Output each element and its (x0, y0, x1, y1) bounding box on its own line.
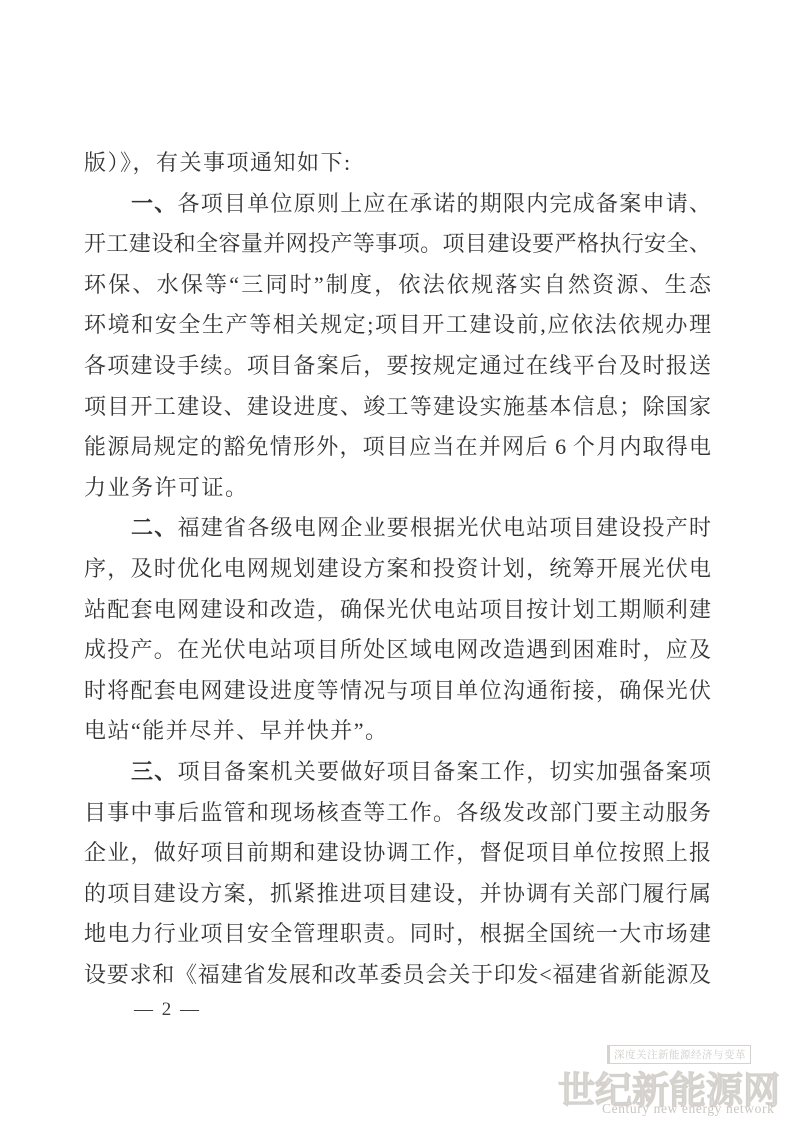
text-line: 企业，做好项目前期和建设协调工作，督促项目单位按照上报 (84, 833, 711, 874)
document-body: 版）》，有关事项通知如下: 一、各项目单位原则上应在承诺的期限内完成备案申请、 … (84, 143, 711, 995)
text-line-body: 各项目单位原则上应在承诺的期限内完成备案申请、 (178, 191, 711, 216)
text-line: 目事中事后监管和现场核查等工作。各级发改部门要主动服务 (84, 793, 711, 834)
item-number: 二、 (131, 515, 178, 540)
text-line: 项目开工建设、建设进度、竣工等建设实施基本信息；除国家 (84, 387, 711, 428)
text-line: 站配套电网建设和改造，确保光伏电站项目按计划工期顺利建 (84, 590, 711, 631)
text-line: 地电力行业项目安全管理职责。同时，根据全国统一大市场建 (84, 914, 711, 955)
text-line: 力业务许可证。 (84, 468, 711, 509)
text-line: 成投产。在光伏电站项目所处区域电网改造遇到困难时，应及 (84, 630, 711, 671)
text-line: 环境和安全生产等相关规定;项目开工建设前,应依法依规办理 (84, 305, 711, 346)
text-line: 设要求和《福建省发展和改革委员会关于印发<福建省新能源及 (84, 955, 711, 996)
watermark-site-name-en: Century new energy network (602, 1101, 774, 1117)
text-line: 一、各项目单位原则上应在承诺的期限内完成备案申请、 (84, 184, 711, 225)
item-number: 一、 (131, 191, 178, 216)
item-number: 三、 (131, 759, 178, 784)
text-line-body: 福建省各级电网企业要根据光伏电站项目建设投产时 (178, 515, 711, 540)
text-line: 开工建设和全容量并网投产等事项。项目建设要严格执行安全、 (84, 224, 711, 265)
page-number: — 2 — (134, 999, 201, 1021)
text-line: 版）》，有关事项通知如下: (84, 143, 711, 184)
text-line: 电站“能并尽并、早并快并”。 (84, 711, 711, 752)
text-line: 三、项目备案机关要做好项目备案工作，切实加强备案项 (84, 752, 711, 793)
text-line: 的项目建设方案，抓紧推进项目建设，并协调有关部门履行属 (84, 874, 711, 915)
text-line: 各项建设手续。项目备案后，要按规定通过在线平台及时报送 (84, 346, 711, 387)
text-line-body: 项目备案机关要做好项目备案工作，切实加强备案项 (178, 759, 711, 784)
document-page: 版）》，有关事项通知如下: 一、各项目单位原则上应在承诺的期限内完成备案申请、 … (0, 0, 794, 1123)
text-line: 能源局规定的豁免情形外，项目应当在并网后 6 个月内取得电 (84, 427, 711, 468)
text-line: 时将配套电网建设进度等情况与项目单位沟通衔接，确保光伏 (84, 671, 711, 712)
text-line: 序，及时优化电网规划建设方案和投资计划，统筹开展光伏电 (84, 549, 711, 590)
text-line: 二、福建省各级电网企业要根据光伏电站项目建设投产时 (84, 508, 711, 549)
text-line: 环保、水保等“三同时”制度，依法依规落实自然资源、生态 (84, 265, 711, 306)
